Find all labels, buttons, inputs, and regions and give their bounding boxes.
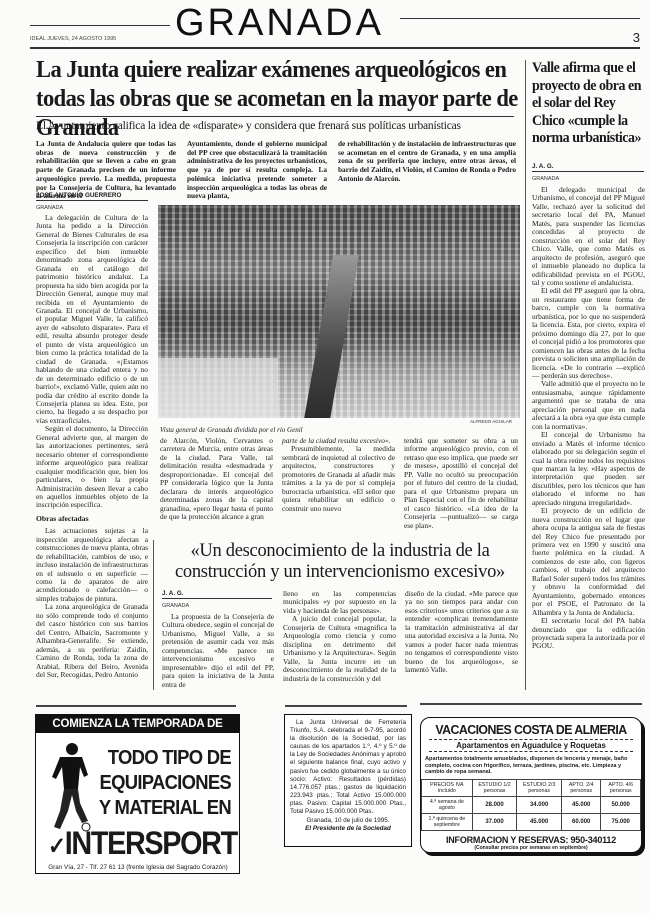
- main-dateline: GRANADA: [36, 205, 63, 211]
- price-cell: 34.000: [517, 796, 562, 813]
- slogan-line: EQUIPACIONES: [96, 770, 231, 795]
- paragraph: El edil del PP aseguró que la obra, un r…: [532, 287, 645, 380]
- table-row: 4.ª semana de agosto 28.000 34.000 45.00…: [422, 796, 641, 813]
- brand-name: INTERSPORT: [65, 825, 237, 861]
- column-header: APTO. 4/6 personas: [601, 779, 641, 796]
- column-header: PRECIOS IVA incluido: [422, 779, 473, 796]
- masthead-divider: [30, 47, 640, 49]
- intersport-logo: ✓INTERSPORT: [48, 825, 215, 862]
- photo-credit: ALFREDO AGUILAR: [470, 419, 512, 424]
- ad-rule-left: [36, 705, 236, 707]
- main-col-4: tendrá que someter su obra a un informe …: [404, 437, 518, 530]
- ad-subtitle: Apartamentos en Aguadulce y Roquetas: [429, 739, 633, 752]
- main-col-1: La delegación de Cultura de la Junta ha …: [36, 214, 148, 679]
- side-dateline: GRANADA: [532, 176, 559, 182]
- issue-date: IDEAL JUEVES, 24 AGOSTO 1995: [30, 36, 116, 42]
- paragraph: Presumiblemente, la medida sembrará de i…: [282, 445, 395, 513]
- paragraph: Según el documento, la Dirección General…: [36, 425, 148, 510]
- football-player-icon: [48, 741, 98, 833]
- paragraph: La delegación de Cultura de la Junta ha …: [36, 214, 148, 425]
- ad-rule-right: [420, 703, 642, 705]
- column-header: APTO. 2/4 personas: [561, 779, 601, 796]
- almeria-vacation-ad[interactable]: VACACIONES COSTA DE ALMERIA Apartamentos…: [420, 717, 642, 853]
- photo-caption: Vista general de Granada dividida por el…: [160, 426, 303, 434]
- paragraph: Las actuaciones sujetas a la inspección …: [36, 527, 148, 603]
- masthead-rule-left: [30, 25, 170, 26]
- ad-note: (Consultar precios por semanas en septie…: [421, 845, 641, 851]
- ad-rule-mid: [285, 705, 407, 707]
- main-col-2: de Alarcón, Violón, Cervantes o carreter…: [160, 437, 273, 522]
- ad-title: VACACIONES COSTA DE ALMERIA: [427, 722, 636, 737]
- secondary-col-1: La propuesta de la Consejería de Cultura…: [162, 613, 274, 689]
- side-headline: Valle afirma que el proyecto de obra en …: [532, 60, 645, 148]
- price-cell: 75.000: [601, 813, 641, 830]
- paragraph: Valle admitió que el proyecto no le entu…: [532, 380, 645, 431]
- price-cell: 60.000: [561, 813, 601, 830]
- side-column-divider: [525, 60, 526, 690]
- paragraph: de Alarcón, Violón, Cervantes o carreter…: [160, 437, 273, 522]
- paragraph: A juicio del concejal popular, la Consej…: [283, 615, 396, 683]
- ad-address: Gran Vía, 27 - Tlf. 27 61 13 (frente Igl…: [38, 864, 238, 871]
- masthead-rule-right: [400, 18, 640, 19]
- table-header-row: PRECIOS IVA incluido ESTUDIO 1/2 persona…: [422, 779, 641, 796]
- paragraph: El secretario local del PA había denunci…: [532, 617, 645, 651]
- price-cell: 45.000: [517, 813, 562, 830]
- notice-body: La Junta Universal de Ferretería Triunfo…: [290, 719, 406, 816]
- secondary-byline: J. A. G.: [162, 590, 272, 599]
- reservation-phone: INFORMACION Y RESERVAS: 950-340112: [421, 835, 641, 845]
- paragraph: tendrá que someter su obra a un informe …: [404, 437, 518, 530]
- paragraph: La propuesta de la Consejería de Cultura…: [162, 613, 274, 689]
- secondary-col-3: diseño de la ciudad. «Me parece que ya n…: [405, 590, 518, 675]
- table-row: 1.ª quincena de septiembre 37.000 45.000…: [422, 813, 641, 830]
- aerial-photo-granada: [158, 205, 520, 418]
- main-col-3: parte de la ciudad resulta excesivo». Pr…: [282, 437, 395, 513]
- slogan-line: TODO TIPO DE: [96, 745, 231, 770]
- side-byline: J. A. G.: [532, 163, 644, 172]
- notice-place-date: Granada, 10 de julio de 1995.: [290, 817, 406, 825]
- side-body: El delegado municipal de Urbanismo, el c…: [532, 186, 645, 651]
- price-cell: 37.000: [472, 813, 517, 830]
- intersport-ad[interactable]: COMIENZA LA TEMPORADA DE FUTBOL TODO TIP…: [35, 714, 240, 874]
- slogan-line: Y MATERIAL EN: [96, 795, 231, 820]
- paragraph: diseño de la ciudad. «Me parece que ya n…: [405, 590, 518, 675]
- period-cell: 1.ª quincena de septiembre: [422, 813, 473, 830]
- section-title: GRANADA: [175, 2, 384, 45]
- price-cell: 50.000: [601, 796, 641, 813]
- paragraph: lleno en las competencias municipales «y…: [283, 590, 396, 615]
- price-cell: 28.000: [472, 796, 517, 813]
- notice-signature: El Presidente de la Sociedad: [290, 825, 406, 833]
- paragraph: El proyecto de un edificio de nueva cons…: [532, 507, 645, 617]
- masthead: GRANADA IDEAL JUEVES, 24 AGOSTO 1995 3: [30, 8, 640, 44]
- lead-col-2: Ayuntamiento, donde el gobierno municipa…: [187, 140, 327, 201]
- photo-field: [158, 358, 278, 418]
- subhead-rule: [36, 116, 514, 117]
- main-byline: JOSE ANTONIO GUERRERO: [36, 192, 148, 201]
- secondary-dateline: GRANADA: [162, 603, 189, 609]
- column-header: ESTUDIO 2/3 personas: [517, 779, 562, 796]
- intersport-swoosh-icon: ✓: [48, 833, 65, 860]
- ad-description: Apartamentos totalmente amueblados, disp…: [425, 756, 637, 776]
- secondary-col-2: lleno en las competencias municipales «y…: [283, 590, 396, 683]
- paragraph: El delegado municipal de Urbanismo, el c…: [532, 186, 645, 287]
- crosshead: Obras afectadas: [36, 515, 148, 523]
- page-number: 3: [633, 30, 640, 45]
- ad-banner: COMIENZA LA TEMPORADA DE FUTBOL: [36, 715, 239, 733]
- paragraph: La zona arqueológica de Granada no sólo …: [36, 603, 148, 679]
- main-subhead: El Ayuntamiento califica la idea de «dis…: [36, 120, 516, 132]
- lead-col-3: de rehabilitación y de instalación de in…: [338, 140, 516, 184]
- period-cell: 4.ª semana de agosto: [422, 796, 473, 813]
- column-divider: [153, 540, 154, 690]
- ad-slogan: TODO TIPO DE EQUIPACIONES Y MATERIAL EN: [96, 745, 231, 820]
- ferreteria-notice: La Junta Universal de Ferretería Triunfo…: [284, 714, 412, 847]
- price-table: PRECIOS IVA incluido ESTUDIO 1/2 persona…: [421, 779, 641, 831]
- paragraph: El concejal de Urbanismo ha enviado a Ma…: [532, 431, 645, 507]
- column-header: ESTUDIO 1/2 personas: [472, 779, 517, 796]
- secondary-headline: «Un desconocimiento de la industria de l…: [160, 541, 520, 583]
- price-cell: 45.000: [561, 796, 601, 813]
